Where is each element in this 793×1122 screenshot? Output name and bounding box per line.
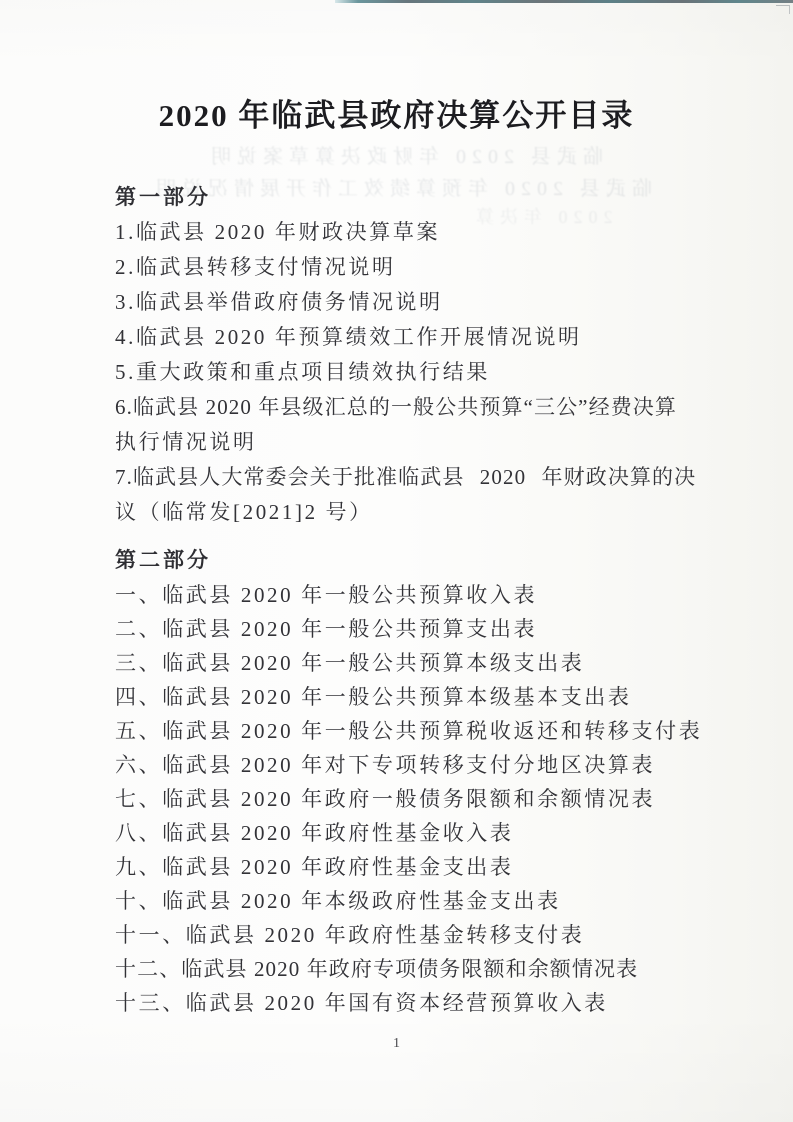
toc-line: 十一、临武县 2020 年政府性基金转移支付表 [115, 918, 793, 952]
toc-line: 6.临武县 2020 年县级汇总的一般公共预算“三公”经费决算 [115, 390, 793, 425]
toc-line: 1.临武县 2020 年财政决算草案 [115, 215, 793, 250]
bleedthrough-text: 临武县 2020 年财政决算草案说明 [205, 140, 603, 169]
toc-line: 十三、临武县 2020 年国有资本经营预算收入表 [115, 986, 793, 1020]
toc-line: 执行情况说明 [115, 425, 793, 460]
toc-line: 四、临武县 2020 年一般公共预算本级基本支出表 [115, 680, 793, 714]
toc-line: 5.重大政策和重点项目绩效执行结果 [115, 355, 793, 390]
section-heading-part-two: 第二部分 [115, 543, 793, 578]
toc-line: 八、临武县 2020 年政府性基金收入表 [115, 816, 793, 850]
toc-line: 议（临常发[2021]2 号） [115, 495, 793, 530]
toc-line: 一、临武县 2020 年一般公共预算收入表 [115, 578, 793, 612]
toc-line: 九、临武县 2020 年政府性基金支出表 [115, 850, 793, 884]
section-part-one: 第一部分 1.临武县 2020 年财政决算草案2.临武县转移支付情况说明3.临武… [0, 180, 793, 530]
toc-line: 十、临武县 2020 年本级政府性基金支出表 [115, 884, 793, 918]
toc-line: 2.临武县转移支付情况说明 [115, 250, 793, 285]
toc-line: 五、临武县 2020 年一般公共预算税收返还和转移支付表 [115, 714, 793, 748]
toc-list-part-two: 一、临武县 2020 年一般公共预算收入表二、临武县 2020 年一般公共预算支… [0, 578, 793, 1020]
page-number: 1 [0, 1036, 793, 1052]
scan-corner-mark [776, 5, 790, 14]
toc-line: 六、临武县 2020 年对下专项转移支付分地区决算表 [115, 748, 793, 782]
page-title: 2020 年临武县政府决算公开目录 [0, 90, 793, 135]
toc-line: 二、临武县 2020 年一般公共预算支出表 [115, 612, 793, 646]
toc-line: 7.临武县人大常委会关于批准临武县 2020 年财政决算的决 [115, 460, 793, 495]
toc-line: 三、临武县 2020 年一般公共预算本级支出表 [115, 646, 793, 680]
toc-line: 4.临武县 2020 年预算绩效工作开展情况说明 [115, 320, 793, 355]
section-heading-part-one: 第一部分 [115, 180, 793, 215]
section-part-two: 第二部分 一、临武县 2020 年一般公共预算收入表二、临武县 2020 年一般… [0, 543, 793, 1020]
toc-list-part-one: 1.临武县 2020 年财政决算草案2.临武县转移支付情况说明3.临武县举借政府… [0, 215, 793, 530]
toc-line: 十二、临武县 2020 年政府专项债务限额和余额情况表 [115, 952, 793, 986]
toc-line: 七、临武县 2020 年政府一般债务限额和余额情况表 [115, 782, 793, 816]
scanned-document-page: 临武县 2020 年财政决算草案说明 临武县 2020 年预算绩效工作开展情况说… [0, 0, 793, 1122]
scanner-edge-artifact [335, 0, 793, 3]
toc-line: 3.临武县举借政府债务情况说明 [115, 285, 793, 320]
